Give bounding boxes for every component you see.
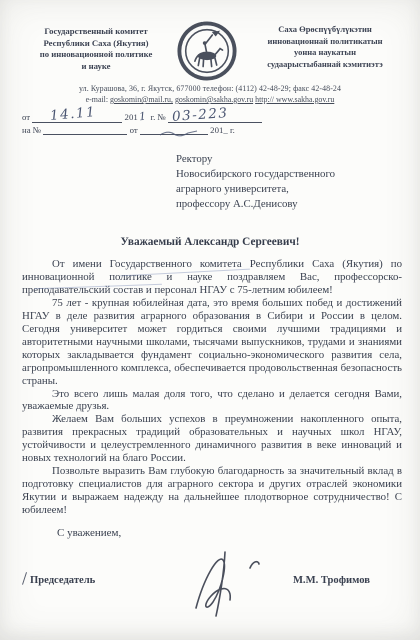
pen-mark — [22, 572, 27, 585]
incoming-date-field — [140, 134, 208, 135]
handwritten-date: 14.11 — [50, 104, 97, 124]
contact-line: e-mail: goskomin@mail.ru, goskomin@sakha… — [0, 95, 420, 104]
blank-field — [246, 122, 262, 123]
addressee-line: Ректору — [176, 152, 335, 167]
postal-address-line: ул. Курашова, 36, г. Якутск, 677000 теле… — [0, 84, 420, 93]
email-address-2: goskomin@sakha.gov.ru — [175, 95, 253, 104]
addressee-line: аграрного университета, — [176, 182, 335, 197]
year-printed: 201 — [125, 112, 138, 122]
outgoing-reference-line: от 14.11 2011 г. № 03-223 — [22, 110, 262, 125]
signer-name: М.М. Трофимов — [293, 575, 370, 586]
outgoing-date-field: 14.11 — [32, 122, 122, 123]
letter-body: От имени Государственного комитета Респу… — [22, 258, 402, 517]
addressee-line: профессору А.С.Денисову — [176, 197, 335, 212]
body-paragraph: От имени Государственного комитета Респу… — [22, 258, 402, 297]
outgoing-number-field: 03-223 — [168, 122, 246, 123]
org-sakha-line: инновационнай политикатын — [242, 36, 408, 48]
incoming-reference-line: на № от 201_ г. — [22, 125, 262, 140]
ot-label: от — [130, 125, 138, 135]
email-address-1: goskomin@mail.ru, — [110, 95, 173, 104]
email-label: e-mail: — [86, 95, 108, 104]
body-paragraph: 75 лет - крупная юбилейная дата, это вре… — [22, 297, 402, 388]
sakha-horse-rider-emblem-icon — [176, 20, 238, 82]
signer-position: Председатель — [30, 575, 95, 586]
incoming-number-field — [43, 134, 127, 135]
org-ru-line: по инновационной политике — [20, 49, 172, 61]
org-sakha-line: уонна наукатын — [242, 47, 408, 59]
salutation: Уважаемый Александр Сергеевич! — [0, 236, 420, 248]
org-sakha-line: Саха Өрөспүүбүлүкэтин — [242, 24, 408, 36]
org-sakha-line: судаарыстыбаннай кэмитиэтэ — [242, 59, 408, 71]
org-ru-line: Республики Саха (Якутия) — [20, 38, 172, 50]
body-paragraph: Позвольте выразить Вам глубокую благодар… — [22, 465, 402, 517]
reference-block: от 14.11 2011 г. № 03-223 на № от 201_ г… — [22, 110, 262, 140]
closing-phrase: С уважением, — [57, 527, 121, 539]
year-suffix-label: г. № — [150, 112, 165, 122]
addressee-block: Ректору Новосибирского государственного … — [176, 152, 335, 212]
org-ru-line: Государственный комитет — [20, 26, 172, 38]
addressee-line: Новосибирского государственного — [176, 167, 335, 182]
signature-row: Председатель М.М. Трофимов — [22, 556, 402, 626]
handwritten-number: 03-223 — [172, 105, 229, 125]
from-label: от — [22, 112, 30, 122]
year2-label: 201_ г. — [210, 125, 235, 135]
website-url: http:// www.sakha.gov.ru — [255, 95, 334, 104]
handwritten-signature — [180, 548, 276, 620]
body-paragraph: Желаем Вам больших успехов в преумножени… — [22, 413, 402, 465]
body-paragraph: Это всего лишь малая доля того, что сдел… — [22, 388, 402, 414]
na-label: на № — [22, 125, 41, 135]
pen-squiggle — [158, 128, 200, 138]
handwritten-year-digit: 1 — [138, 110, 148, 124]
scanned-official-letter: Государственный комитет Республики Саха … — [0, 0, 420, 640]
org-ru-line: и науке — [20, 61, 172, 73]
org-name-sakha: Саха Өрөспүүбүлүкэтин инновационнай поли… — [242, 24, 408, 70]
org-name-russian: Государственный комитет Республики Саха … — [20, 26, 172, 72]
letterhead: Государственный комитет Республики Саха … — [20, 18, 408, 82]
